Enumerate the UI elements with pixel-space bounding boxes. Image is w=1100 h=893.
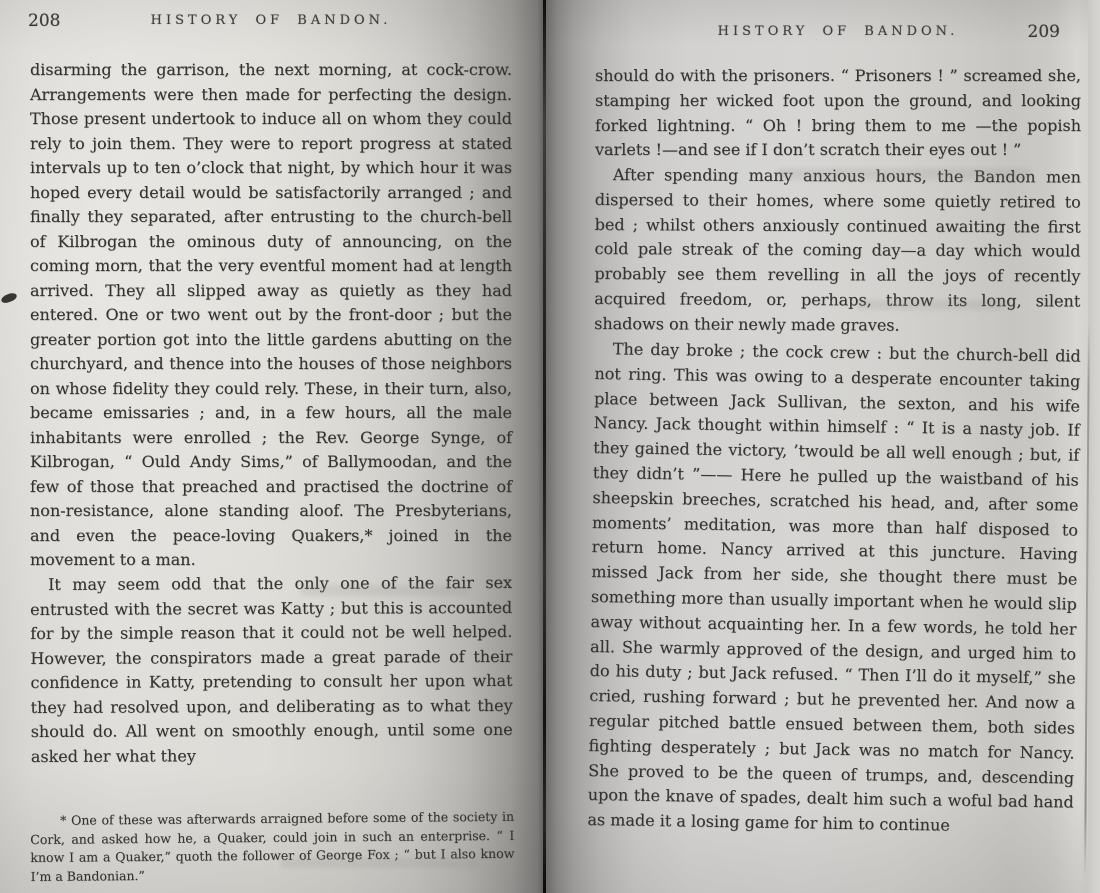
body-paragraph: should do with the prisoners. “ Prisoner… [595, 64, 1081, 163]
ink-smudge [0, 292, 18, 305]
footnote: * One of these was afterwards arraigned … [30, 808, 515, 886]
ink-bleedthrough-smudge [776, 168, 1032, 180]
left-body-column: disarming the garrison, the next morning… [30, 58, 512, 769]
ink-bleedthrough-smudge [856, 300, 1006, 310]
left-running-header: HISTORY OF BANDON. [30, 13, 512, 28]
left-page: 208 HISTORY OF BANDON. disarming the gar… [0, 0, 543, 893]
page-edge-strip [1088, 0, 1100, 893]
right-running-header: HISTORY OF BANDON. [595, 24, 1081, 39]
ink-bleedthrough-smudge [280, 858, 480, 868]
right-page: HISTORY OF BANDON. 209 should do with th… [546, 0, 1100, 893]
body-paragraph: The day broke ; the cock crew : but the … [587, 337, 1081, 841]
ink-bleedthrough-smudge [300, 585, 470, 596]
body-paragraph: After spending many anxious hours, the B… [594, 163, 1081, 339]
right-page-number: 209 [1028, 22, 1060, 42]
book-spread-scan: 208 HISTORY OF BANDON. disarming the gar… [0, 0, 1100, 893]
body-paragraph: disarming the garrison, the next morning… [30, 58, 512, 573]
body-paragraph: It may seem odd that the only one of the… [30, 570, 513, 768]
